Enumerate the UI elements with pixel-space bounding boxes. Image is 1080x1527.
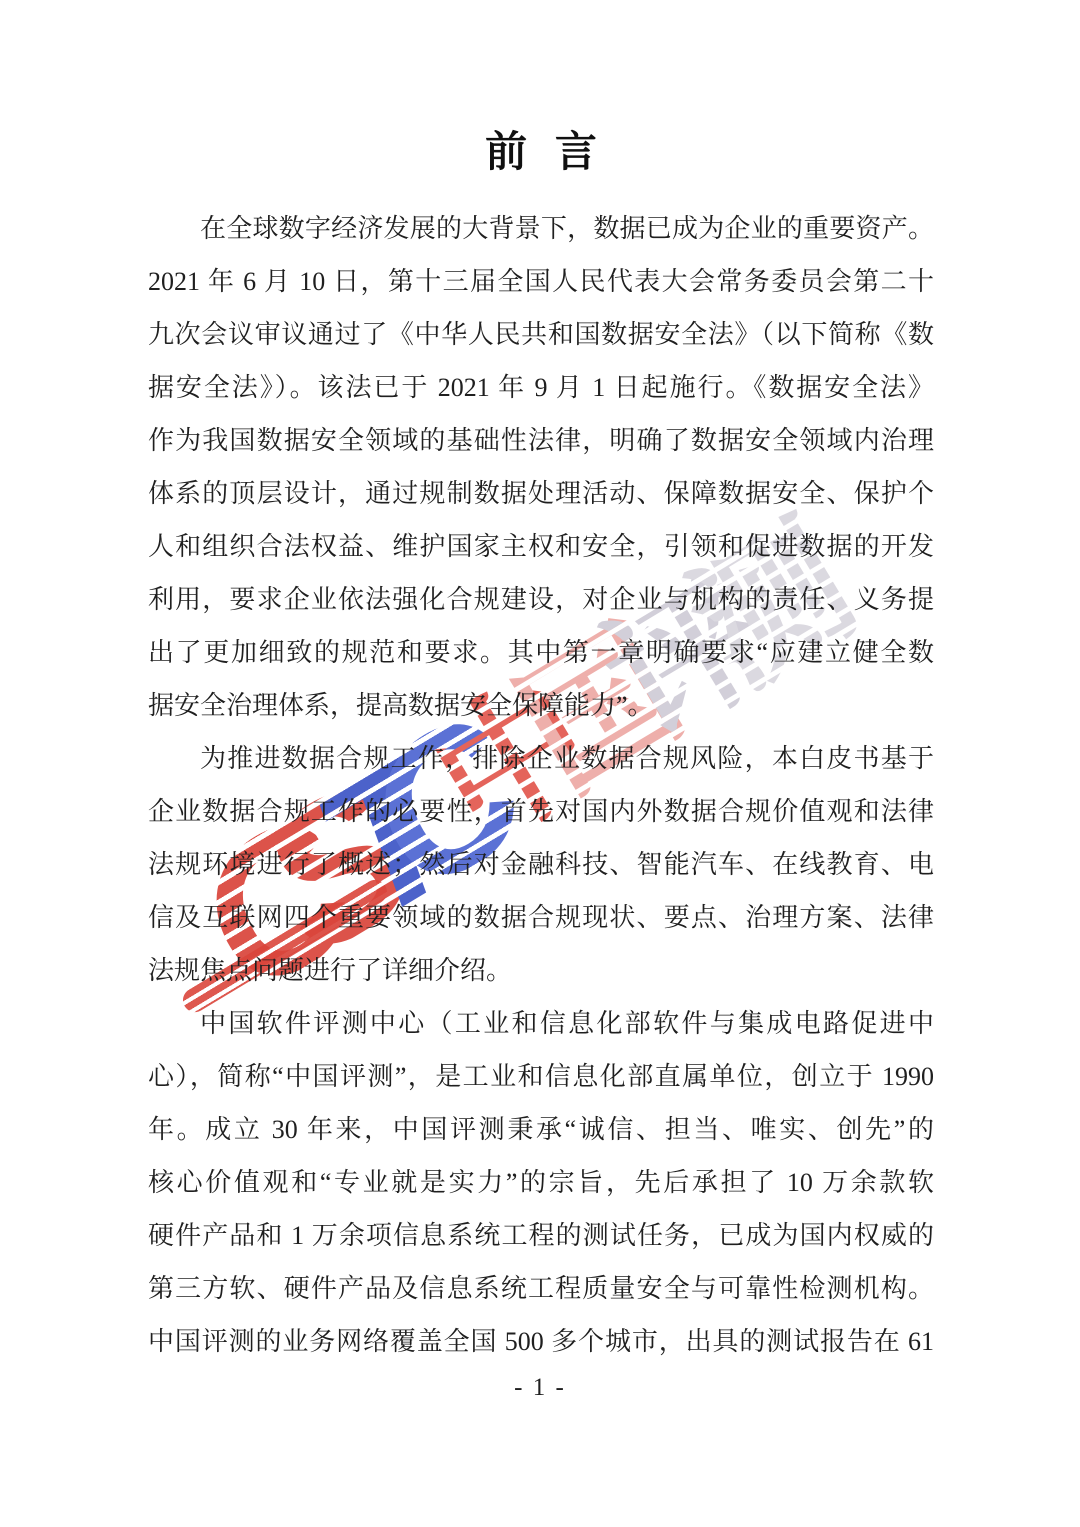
text-line: 据安全治理体系，提高数据安全保障能力”。	[148, 679, 934, 732]
text-line: 法规环境进行了概述；然后对金融科技、智能汽车、在线教育、电	[148, 838, 934, 891]
paragraph: 为推进数据合规工作，排除企业数据合规风险，本白皮书基于企业数据合规工作的必要性，…	[148, 732, 934, 997]
text-line: 作为我国数据安全领域的基础性法律，明确了数据安全领域内治理	[148, 414, 934, 467]
text-line: 出了更加细致的规范和要求。其中第一章明确要求“应建立健全数	[148, 626, 934, 679]
text-line: 第三方软、硬件产品及信息系统工程质量安全与可靠性检测机构。	[148, 1262, 934, 1315]
text-line: 利用，要求企业依法强化合规建设，对企业与机构的责任、义务提	[148, 573, 934, 626]
text-line: 信及互联网四个重要领域的数据合规现状、要点、治理方案、法律	[148, 891, 934, 944]
text-line: 企业数据合规工作的必要性，首先对国内外数据合规价值观和法律	[148, 785, 934, 838]
text-line: 人和组织合法权益、维护国家主权和安全，引领和促进数据的开发	[148, 520, 934, 573]
text-line: 中国评测的业务网络覆盖全国 500 多个城市，出具的测试报告在 61	[148, 1315, 934, 1368]
page-number: - 1 -	[0, 1370, 1080, 1406]
text-line: 为推进数据合规工作，排除企业数据合规风险，本白皮书基于	[148, 732, 934, 785]
page-title: 前 言	[148, 128, 934, 176]
text-line: 法规焦点问题进行了详细介绍。	[148, 944, 934, 997]
text-line: 核心价值观和“专业就是实力”的宗旨，先后承担了 10 万余款软	[148, 1156, 934, 1209]
text-line: 硬件产品和 1 万余项信息系统工程的测试任务，已成为国内权威的	[148, 1209, 934, 1262]
text-line: 在全球数字经济发展的大背景下，数据已成为企业的重要资产。	[148, 202, 934, 255]
paragraph: 在全球数字经济发展的大背景下，数据已成为企业的重要资产。2021 年 6 月 1…	[148, 202, 934, 732]
paragraph: 中国软件评测中心（工业和信息化部软件与集成电路促进中心），简称“中国评测”，是工…	[148, 997, 934, 1368]
paragraphs: 在全球数字经济发展的大背景下，数据已成为企业的重要资产。2021 年 6 月 1…	[148, 202, 934, 1368]
text-line: 体系的顶层设计，通过规制数据处理活动、保障数据安全、保护个	[148, 467, 934, 520]
text-line: 2021 年 6 月 10 日，第十三届全国人民代表大会常务委员会第二十	[148, 255, 934, 308]
page-content: 前 言 在全球数字经济发展的大背景下，数据已成为企业的重要资产。2021 年 6…	[148, 128, 934, 1368]
document-page: CSTC中国评测 前 言 在全球数字经济发展的大背景下，数据已成为企业的重要资产…	[0, 0, 1080, 1527]
text-line: 心），简称“中国评测”，是工业和信息化部直属单位，创立于 1990	[148, 1050, 934, 1103]
text-line: 年。成立 30 年来，中国评测秉承“诚信、担当、唯实、创先”的	[148, 1103, 934, 1156]
text-line: 九次会议审议通过了《中华人民共和国数据安全法》（以下简称《数	[148, 308, 934, 361]
text-line: 中国软件评测中心（工业和信息化部软件与集成电路促进中	[148, 997, 934, 1050]
text-line: 据安全法》）。该法已于 2021 年 9 月 1 日起施行。《数据安全法》	[148, 361, 934, 414]
